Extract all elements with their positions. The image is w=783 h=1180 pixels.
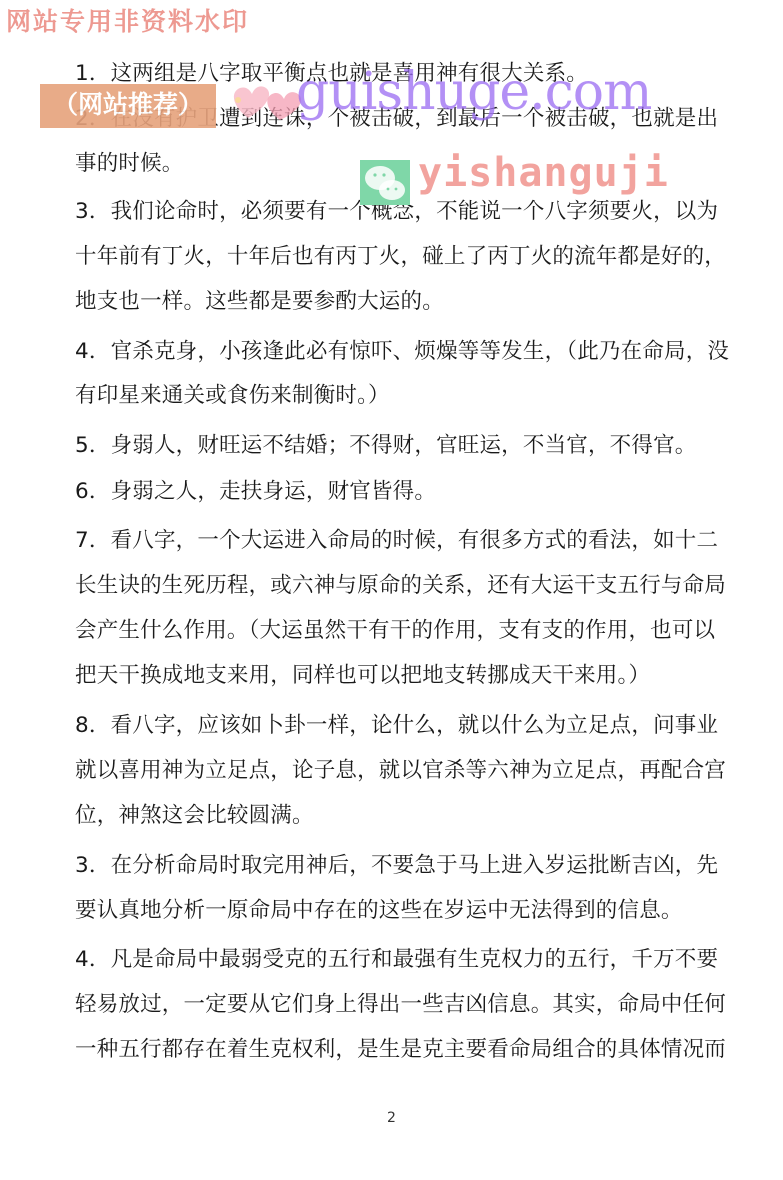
text-line: 轻易放过，一定要从它们身上得出一些吉凶信息。其实，命局中任何 — [75, 991, 726, 1019]
watermark-site-exclusive: 网站专用非资料水印 — [6, 2, 249, 38]
text-line: 8．看八字，应该如卜卦一样，论什么，就以什么为立足点，问事业 — [75, 712, 718, 740]
text-line: 把天干换成地支来用，同样也可以把地支转挪成天干来用。） — [75, 662, 650, 690]
text-line: 会产生什么作用。（大运虽然干有干的作用，支有支的作用，也可以 — [75, 617, 715, 645]
text-line: 事的时候。 — [75, 150, 184, 178]
text-line: 地支也一样。这些都是要参酌大运的。 — [75, 288, 444, 316]
text-line: 一种五行都存在着生克权利，是生是克主要看命局组合的具体情况而 — [75, 1036, 726, 1064]
text-line: 4．官杀克身，小孩逢此必有惊吓、烦燥等等发生，（此乃在命局，没 — [75, 338, 729, 366]
text-line: 4．凡是命局中最弱受克的五行和最强有生克权力的五行，千万不要 — [75, 946, 718, 974]
text-line: 位，神煞这会比较圆满。 — [75, 802, 314, 830]
document-page: 网站专用非资料水印 1．这两组是八字取平衡点也就是喜用神有很大关系。 2．在没有… — [0, 0, 783, 1180]
watermark-recommend-badge: （网站推荐） — [40, 84, 216, 128]
text-line: 十年前有丁火，十年后也有丙丁火，碰上了丙丁火的流年都是好的， — [75, 243, 726, 271]
text-line: 5．身弱人，财旺运不结婚；不得财，官旺运，不当官，不得官。 — [75, 432, 696, 460]
watermark-domain: guishuge.com — [296, 62, 651, 122]
text-line: 3．在分析命局时取完用神后，不要急于马上进入岁运批断吉凶，先 — [75, 852, 718, 880]
text-line: 有印星来通关或食伤来制衡时。） — [75, 382, 390, 410]
text-line: 6．身弱之人，走扶身运，财官皆得。 — [75, 478, 436, 506]
watermark-wechat-id: yishanguji — [418, 150, 669, 196]
text-line: 7．看八字，一个大运进入命局的时候，有很多方式的看法，如十二 — [75, 527, 718, 555]
text-line: 长生诀的生死历程，或六神与原命的关系，还有大运干支五行与命局 — [75, 572, 726, 600]
wechat-icon — [360, 160, 410, 205]
text-line: 要认真地分析一原命局中存在的这些在岁运中无法得到的信息。 — [75, 897, 683, 925]
text-line: 就以喜用神为立足点，论子息，就以官杀等六神为立足点，再配合宫 — [75, 757, 726, 785]
page-number: 2 — [0, 1110, 783, 1126]
